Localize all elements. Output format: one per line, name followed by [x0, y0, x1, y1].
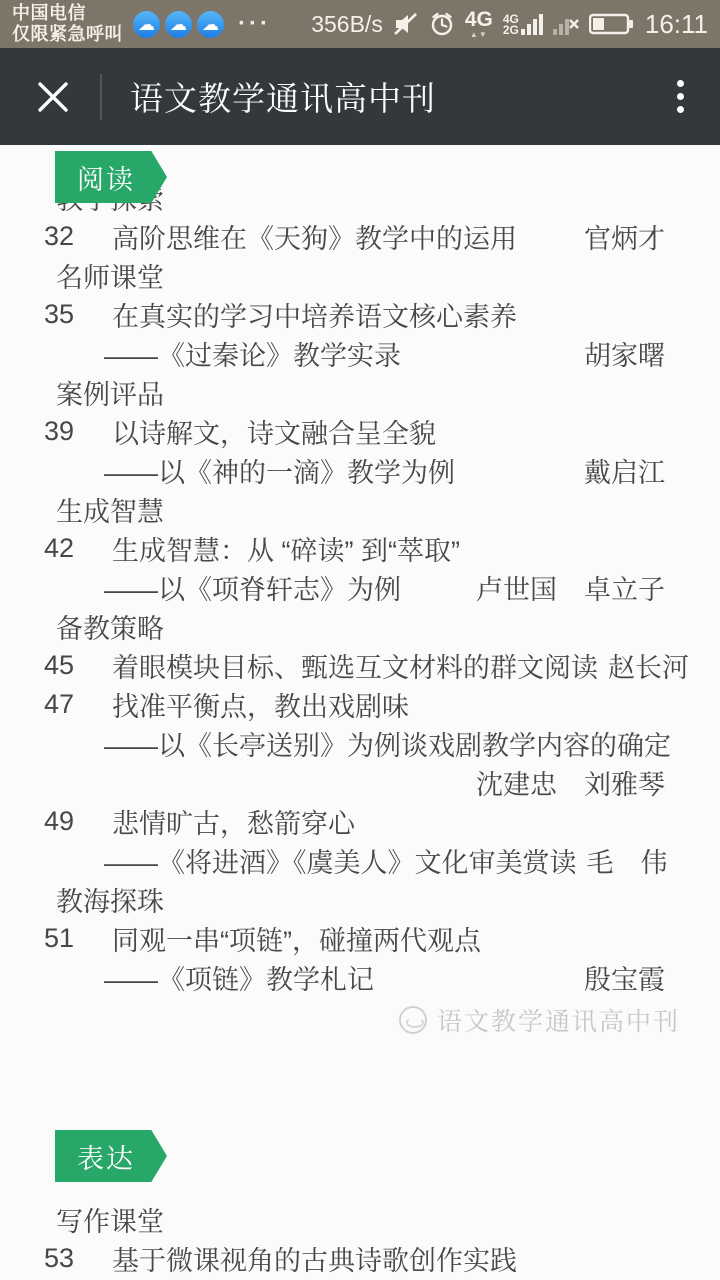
section-heading: 写作课堂	[56, 1200, 665, 1239]
toc-row-section: 备教策略	[44, 607, 665, 646]
toc-row-authors: 沈建忠 刘雅琴	[44, 763, 665, 802]
toc-row-sub: ——以《神的一滴》教学为例戴启江	[44, 451, 665, 490]
entry-authors: 卢世国 卓立子	[466, 568, 665, 607]
no-signal-icon	[553, 12, 579, 36]
carrier-block: 中国电信 仅限紧急呼叫	[12, 3, 123, 45]
titlebar-divider	[100, 74, 102, 120]
entry-title: 着眼模块目标、甄选互文材料的群文阅读	[112, 646, 598, 685]
page-number: 35	[44, 299, 112, 330]
page-number: 45	[44, 650, 112, 681]
entry-authors: 毛 伟	[577, 841, 668, 880]
cloud-app-icon: ☁	[133, 11, 160, 38]
toc-row-entry: 47找准平衡点，教出戏剧味	[44, 685, 665, 724]
entry-title: ——以《长亭送别》为例谈戏剧教学内容的确定	[104, 724, 671, 763]
cloud-app-icon: ☁	[197, 11, 224, 38]
status-bar-right: 356B/s 4G ▲▼ 4G 2G	[311, 9, 708, 40]
section-tag-expression: 表达	[55, 1130, 167, 1182]
entry-title: ——《项链》教学札记	[104, 958, 574, 997]
battery-icon	[589, 13, 633, 35]
mute-icon	[393, 11, 419, 37]
alarm-icon	[429, 11, 455, 37]
entry-authors: 殷宝霞	[574, 958, 665, 997]
page-number: 49	[44, 806, 112, 837]
toc-row-entry: 45着眼模块目标、甄选互文材料的群文阅读赵长河	[44, 646, 665, 685]
close-button[interactable]	[30, 74, 76, 120]
entry-authors: 官炳才	[574, 217, 665, 256]
section-heading: 教海探珠	[56, 880, 665, 919]
entry-authors: 胡家曙	[574, 334, 665, 373]
toc-row-entry: 35在真实的学习中培养语文核心素养	[44, 295, 665, 334]
carrier-name: 中国电信	[12, 3, 123, 24]
more-menu-icon	[677, 80, 684, 113]
network-speed: 356B/s	[311, 11, 383, 38]
entry-title: ——以《神的一滴》教学为例	[104, 451, 574, 490]
page-number: 51	[44, 923, 112, 954]
titlebar: 语文教学通讯高中刊	[0, 48, 720, 145]
page-number: 32	[44, 221, 112, 252]
section-heading: 名师课堂	[56, 256, 665, 295]
page-number: 47	[44, 689, 112, 720]
status-bar-left: 中国电信 仅限紧急呼叫 ☁ ☁ ☁ ···	[12, 3, 271, 45]
toc-row-section: 案例评品	[44, 373, 665, 412]
toc-list-second: 写作课堂53基于微课视角的古典诗歌创作实践	[44, 1200, 665, 1278]
toc-row-sub: ——《项链》教学札记殷宝霞	[44, 958, 665, 997]
entry-authors: 赵长河	[598, 646, 689, 685]
page-number: 39	[44, 416, 112, 447]
section-heading: 生成智慧	[56, 490, 665, 529]
entry-title: ——以《项脊轩志》为例	[104, 568, 466, 607]
data-arrows-icon: ▲▼	[470, 31, 488, 39]
clock: 16:11	[645, 9, 708, 40]
toc-row-sub: ——《将进酒》《虞美人》文化审美赏读毛 伟	[44, 841, 665, 880]
section-heading: 备教策略	[56, 607, 665, 646]
notification-app-icons: ☁ ☁ ☁	[133, 11, 224, 38]
entry-title: ——《过秦论》教学实录	[104, 334, 574, 373]
section-tag-reading: 阅读	[55, 151, 167, 203]
entry-title: ——《将进酒》《虞美人》文化审美赏读	[104, 841, 577, 880]
entry-title: 悲情旷古，愁箭穿心	[112, 802, 665, 841]
entry-title: 高阶思维在《天狗》教学中的运用	[112, 217, 574, 256]
more-menu-button[interactable]	[671, 68, 690, 125]
overflow-dots-icon: ···	[238, 10, 271, 38]
toc-list: 教学探索32高阶思维在《天狗》教学中的运用官炳才名师课堂35在真实的学习中培养语…	[44, 178, 665, 997]
toc-row-sub: ——以《长亭送别》为例谈戏剧教学内容的确定	[44, 724, 665, 763]
toc-row-entry: 39以诗解文，诗文融合呈全貌	[44, 412, 665, 451]
section-heading: 案例评品	[56, 373, 665, 412]
page-title: 语文教学通讯高中刊	[130, 73, 671, 120]
watermark-text: 语文教学通讯高中刊	[437, 1002, 680, 1038]
entry-title: 找准平衡点，教出戏剧味	[112, 685, 665, 724]
entry-title: 基于微课视角的古典诗歌创作实践	[112, 1239, 665, 1278]
entry-authors: 沈建忠 刘雅琴	[466, 763, 665, 802]
toc-row-section: 名师课堂	[44, 256, 665, 295]
toc-row-sub: ——以《项脊轩志》为例卢世国 卓立子	[44, 568, 665, 607]
entry-title: 在真实的学习中培养语文核心素养	[112, 295, 665, 334]
dual-sim-signal-icon: 4G 2G	[503, 12, 543, 36]
toc-row-entry: 53基于微课视角的古典诗歌创作实践	[44, 1239, 665, 1278]
journal-watermark: 语文教学通讯高中刊	[44, 997, 700, 1043]
sim-network-labels: 4G 2G	[503, 14, 519, 36]
status-bar: 中国电信 仅限紧急呼叫 ☁ ☁ ☁ ··· 356B/s	[0, 0, 720, 48]
page-number: 53	[44, 1243, 112, 1274]
phone-screen: 中国电信 仅限紧急呼叫 ☁ ☁ ☁ ··· 356B/s	[0, 0, 720, 1280]
toc-row-entry: 42生成智慧：从 “碎读” 到“萃取”	[44, 529, 665, 568]
toc-row-section: 写作课堂	[44, 1200, 665, 1239]
article-content[interactable]: 阅读 教学探索32高阶思维在《天狗》教学中的运用官炳才名师课堂35在真实的学习中…	[0, 178, 720, 1278]
toc-row-entry: 32高阶思维在《天狗》教学中的运用官炳才	[44, 217, 665, 256]
entry-title: 以诗解文，诗文融合呈全貌	[112, 412, 665, 451]
data-4g-icon: 4G ▲▼	[465, 9, 493, 39]
journal-logo-icon	[399, 1006, 427, 1034]
cloud-app-icon: ☁	[165, 11, 192, 38]
toc-row-section: 教海探珠	[44, 880, 665, 919]
close-icon	[34, 78, 72, 116]
page-number: 42	[44, 533, 112, 564]
entry-authors: 戴启江	[574, 451, 665, 490]
toc-row-entry: 51同观一串“项链”，碰撞两代观点	[44, 919, 665, 958]
toc-row-section: 生成智慧	[44, 490, 665, 529]
emergency-only-label: 仅限紧急呼叫	[12, 24, 123, 45]
signal-bars-icon	[521, 12, 543, 36]
entry-title: 同观一串“项链”，碰撞两代观点	[112, 919, 665, 958]
toc-row-entry: 49悲情旷古，愁箭穿心	[44, 802, 665, 841]
toc-row-sub: ——《过秦论》教学实录胡家曙	[44, 334, 665, 373]
entry-title: 生成智慧：从 “碎读” 到“萃取”	[112, 529, 665, 568]
